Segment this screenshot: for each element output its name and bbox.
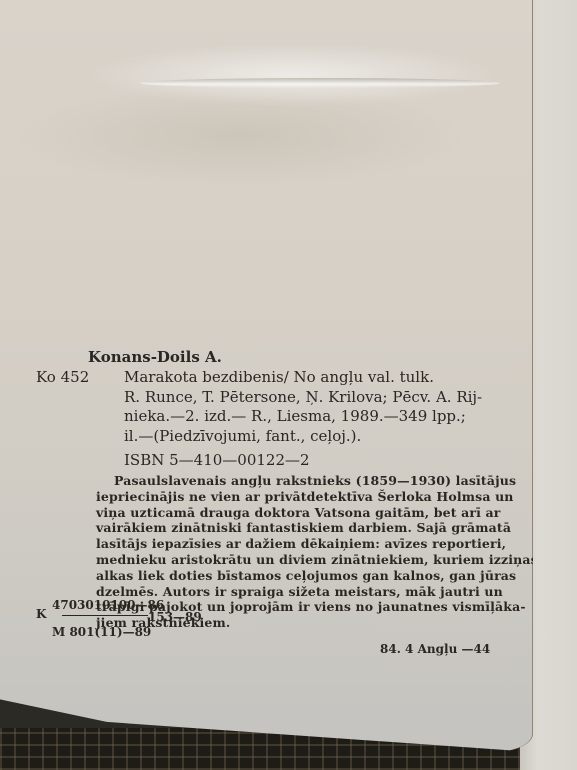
author-heading: Konans-Doils A. [88, 348, 222, 368]
page-crease [140, 78, 500, 88]
classification-code: 84. 4 Angļu —44 [380, 640, 490, 660]
bib-line: nieka.—2. izd.— R., Liesma, 1989.—349 lp… [124, 407, 482, 427]
bibliographic-entry: Marakota bezdibenis/ No angļu val. tulk.… [124, 368, 482, 446]
bib-line: il.—(Piedzīvojumi, fant., ceļoj.). [124, 427, 482, 447]
annotation-line: Pasaulslavenais angļu rakstnieks (1859—1… [96, 473, 538, 489]
bib-line: Marakota bezdibenis/ No angļu val. tulk. [124, 368, 482, 388]
catalog-code-denominator: M 801(11)—89 [52, 623, 151, 643]
catalog-code-prefix: K [36, 605, 46, 625]
annotation-line: lasītājs iepazīsies ar dažiem dēkaiņiem:… [96, 536, 538, 552]
catalog-code-suffix: 153—89 [148, 608, 202, 628]
bib-line: R. Runce, T. Pētersone, Ņ. Krilova; Pēcv… [124, 388, 482, 408]
annotation-line: viņa uzticamā drauga doktora Vatsona gai… [96, 505, 538, 521]
call-number: Ko 452 [36, 368, 89, 388]
isbn: ISBN 5—410—00122—2 [124, 451, 310, 471]
annotation-line: vairākiem zinātniski fantastiskiem darbi… [96, 520, 538, 536]
book-page: Konans-Doils A. Ko 452 Marakota bezdiben… [0, 0, 533, 752]
fraction-line [62, 615, 148, 616]
annotation-line: iepriecinājis ne vien ar privātdetektīva… [96, 489, 538, 505]
annotation-line: alkas liek doties bīstamos ceļojumos gan… [96, 568, 538, 584]
annotation-line: mednieku aristokrātu un diviem zinātniek… [96, 552, 538, 568]
